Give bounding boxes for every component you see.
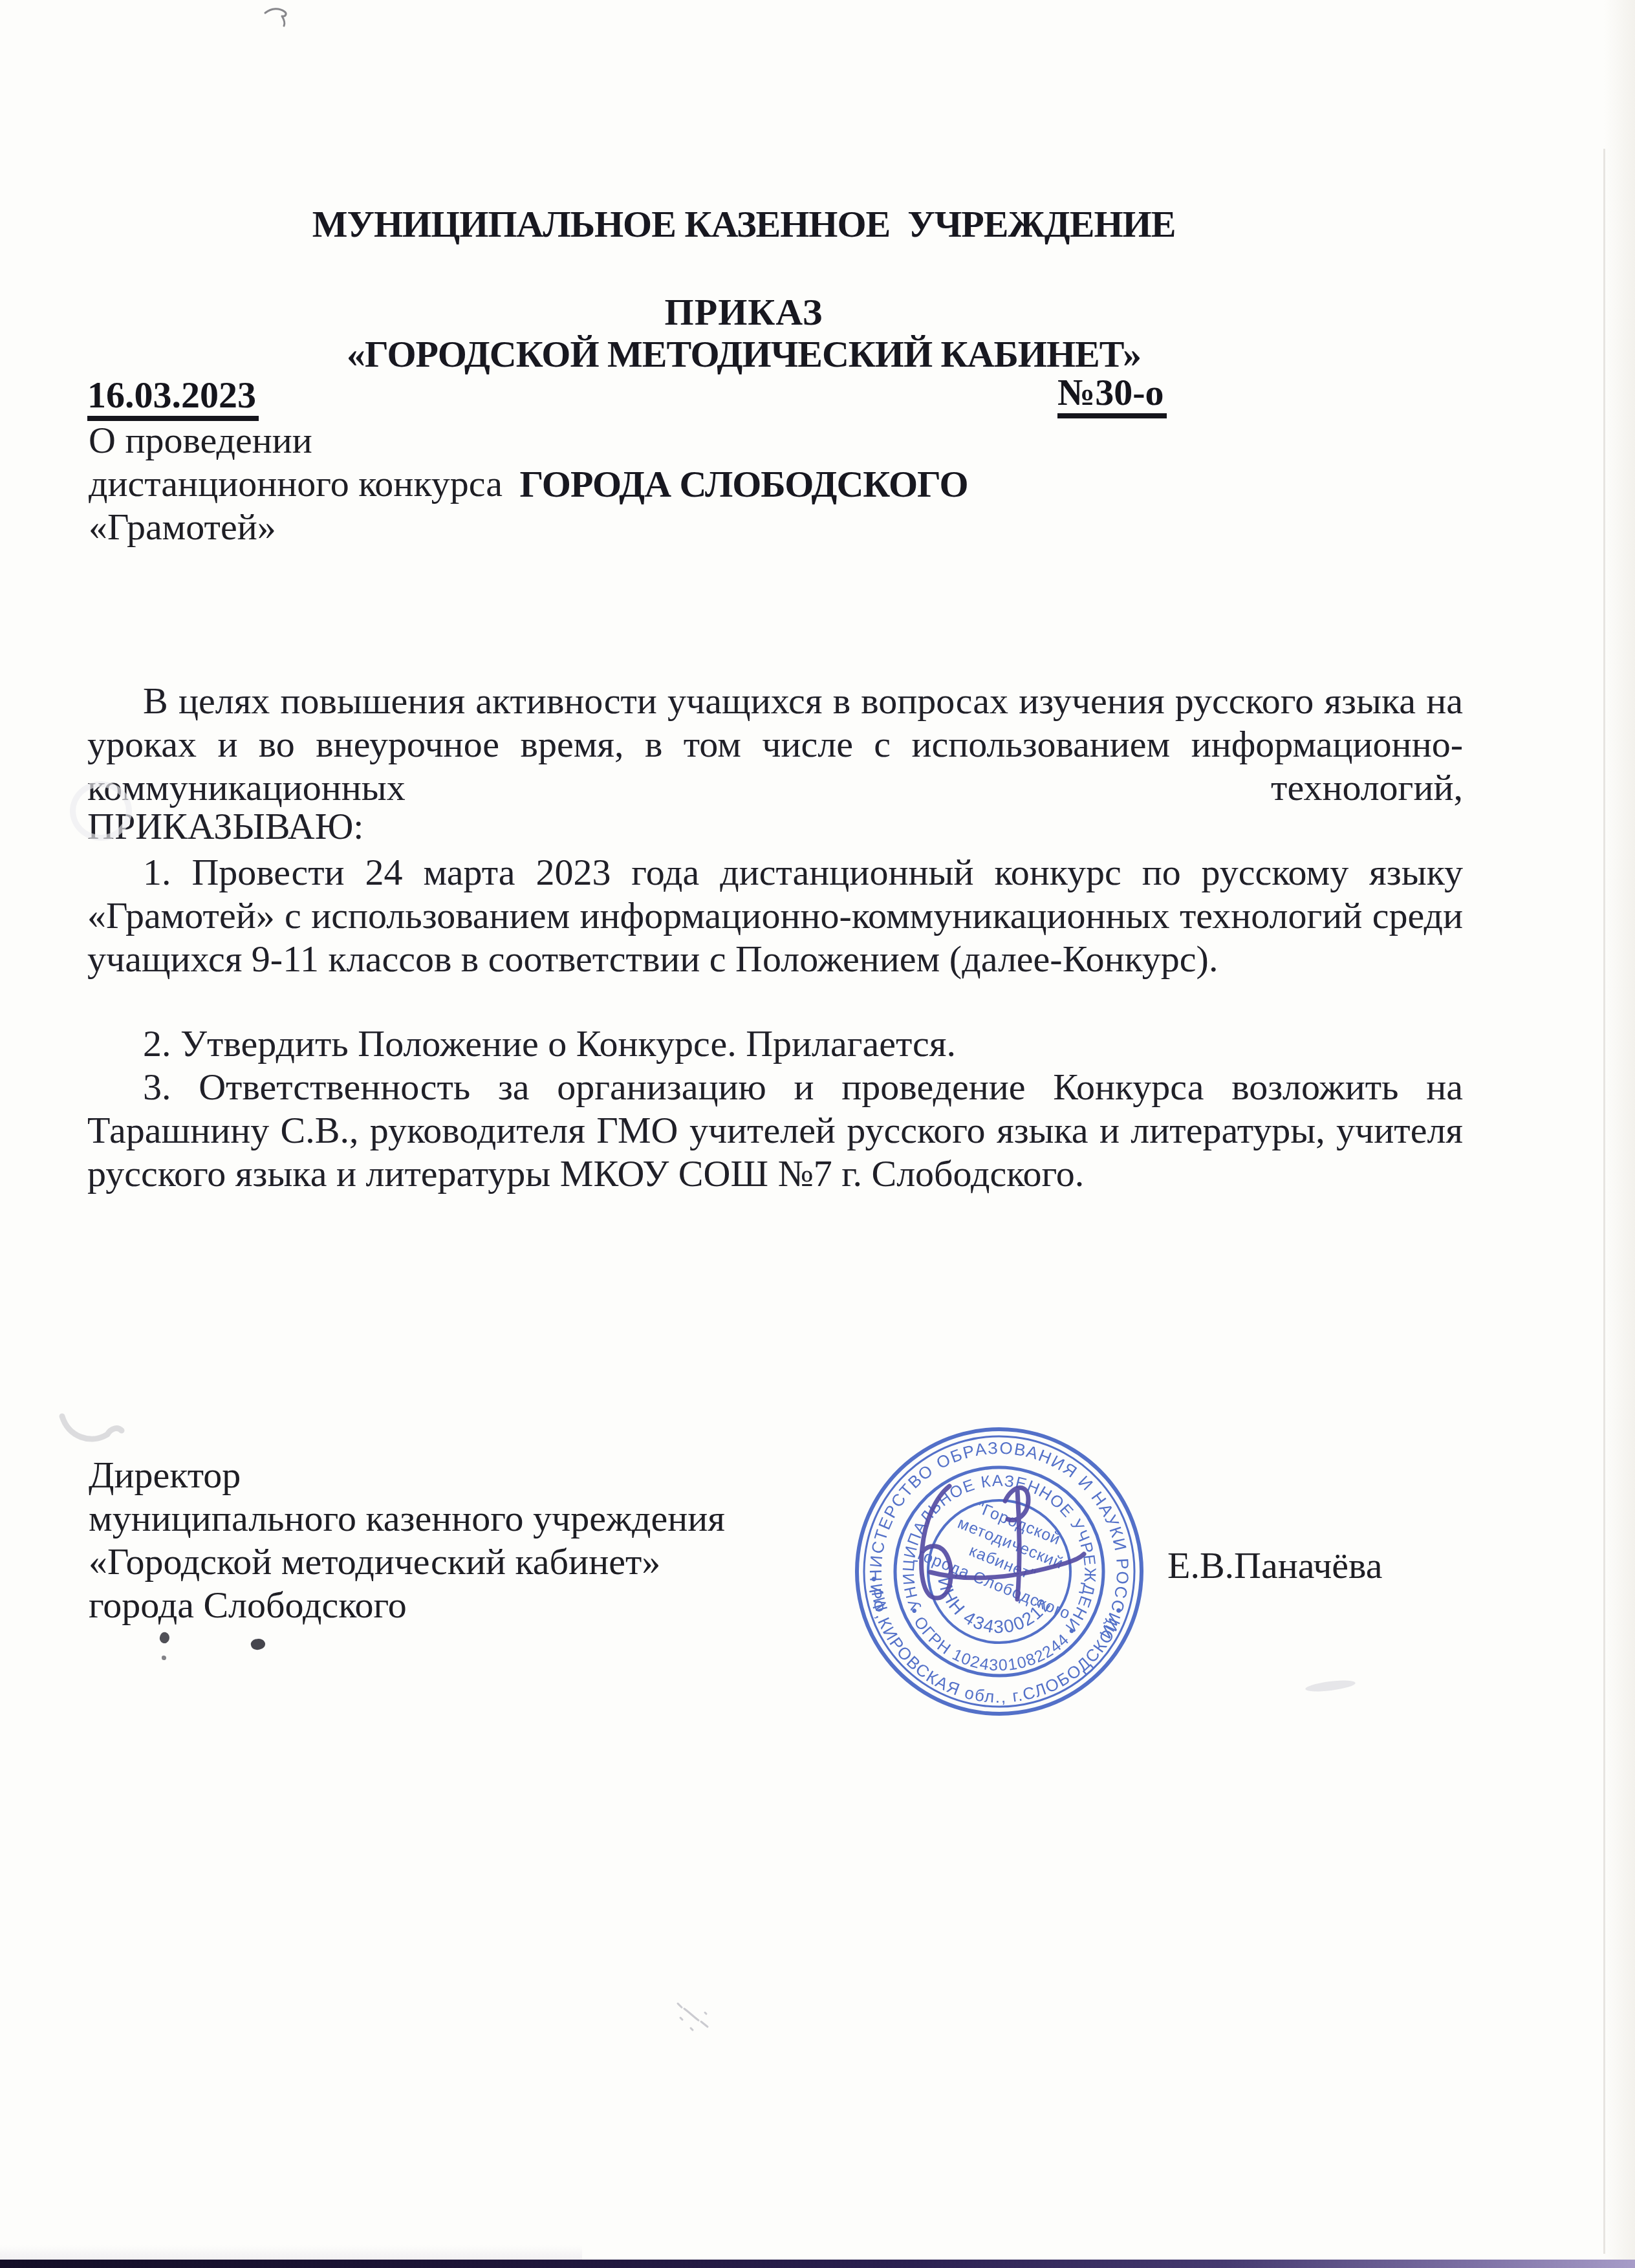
scan-scratch-mark — [671, 1998, 717, 2035]
order-item-3: 3. Ответственность за организацию и пров… — [87, 1065, 1463, 1195]
scan-edge-shadow — [1604, 0, 1635, 2260]
ink-speck — [162, 1656, 166, 1660]
subject-line-3: «Грамотей» — [89, 505, 671, 548]
scan-smudge — [1305, 1678, 1356, 1693]
intro-paragraph: В целях повышения активности учащихся в … — [87, 679, 1463, 809]
resolve-word: ПРИКАЗЫВАЮ: — [87, 805, 1463, 848]
order-item-1: 1. Провести 24 марта 2023 года дистанцио… — [87, 850, 1463, 980]
ink-speck — [250, 1637, 266, 1651]
ink-speck — [158, 1631, 171, 1645]
signer-name: Е.В.Паначёва — [1167, 1544, 1382, 1587]
scanned-order-document: МУНИЦИПАЛЬНОЕ КАЗЕННОЕ УЧРЕЖДЕНИЕ «ГОРОД… — [0, 0, 1635, 2268]
scan-curve-mark — [57, 1409, 131, 1447]
document-number: №30-о — [1057, 373, 1167, 418]
order-item-2: 2. Утвердить Положение о Конкурсе. Прила… — [87, 1022, 1463, 1065]
document-subject: О проведении дистанционного конкурса «Гр… — [89, 418, 671, 548]
date-number-row: 16.03.2023 №30-о — [87, 373, 1463, 425]
letterhead-line-2: «ГОРОДСКОЙ МЕТОДИЧЕСКИЙ КАБИНЕТ» — [87, 332, 1400, 376]
scan-edge-line — [1603, 149, 1605, 2254]
stamp-rings: МИНИСТЕРСТВО ОБРАЗОВАНИЯ И НАУКИ РОССИИ … — [852, 1425, 1146, 1718]
letterhead-line-1: МУНИЦИПАЛЬНОЕ КАЗЕННОЕ УЧРЕЖДЕНИЕ — [87, 202, 1400, 246]
document-date: 16.03.2023 — [87, 376, 259, 421]
official-stamp: МИНИСТЕРСТВО ОБРАЗОВАНИЯ И НАУКИ РОССИИ … — [852, 1425, 1146, 1718]
subject-line-2: дистанционного конкурса — [89, 462, 671, 505]
scan-bottom-edge — [0, 2260, 1635, 2268]
scan-bottom-haze — [0, 2245, 582, 2260]
document-title: ПРИКАЗ — [87, 290, 1400, 334]
scan-mark-top — [263, 4, 295, 30]
subject-line-1: О проведении — [89, 418, 671, 462]
